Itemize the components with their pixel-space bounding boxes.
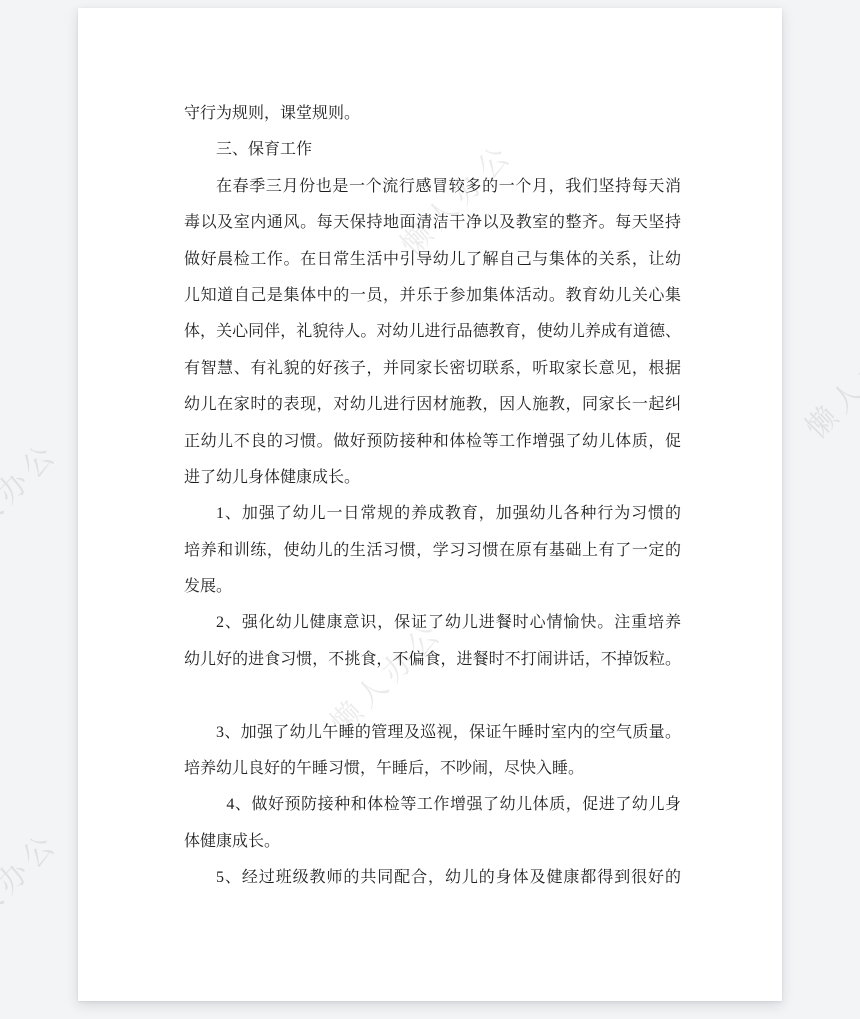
document-line: 正幼儿不良的习惯。做好预防接种和体检等工作增强了幼儿体质，促 [184, 424, 681, 460]
document-line: 体健康成长。 [184, 824, 681, 860]
document-line: 体，关心同伴，礼貌待人。对幼儿进行品德教育，使幼儿养成有道德、 [184, 314, 681, 350]
document-line: 幼儿在家时的表现，对幼儿进行因材施教，因人施教，同家长一起纠 [184, 387, 681, 423]
document-line: 做好晨检工作。在日常生活中引导幼儿了解自己与集体的关系，让幼 [184, 242, 681, 278]
document-line: 儿知道自己是集体中的一员，并乐于参加集体活动。教育幼儿关心集 [184, 278, 681, 314]
document-line [184, 678, 681, 714]
document-line: 在春季三月份也是一个流行感冒较多的一个月，我们坚持每天消 [184, 169, 681, 205]
document-line: 2、强化幼儿健康意识，保证了幼儿进餐时心情愉快。注重培养 [184, 605, 681, 641]
document-line: 培养和训练，使幼儿的生活习惯，学习习惯在原有基础上有了一定的 [184, 533, 681, 569]
preview-background: { "canvas": { "background_color": "#f3f4… [0, 0, 860, 1019]
watermark-text: 懒人办公 [0, 430, 66, 563]
document-line: 毒以及室内通风。每天保持地面清洁干净以及教室的整齐。每天坚持 [184, 205, 681, 241]
document-line: 发展。 [184, 569, 681, 605]
document-line: 4、做好预防接种和体检等工作增强了幼儿体质，促进了幼儿身 [184, 787, 681, 823]
document-line: 有智慧、有礼貌的好孩子，并同家长密切联系，听取家长意见，根据 [184, 351, 681, 387]
document-text: 守行为规则，课堂规则。三、保育工作在春季三月份也是一个流行感冒较多的一个月，我们… [184, 96, 681, 897]
document-page: 守行为规则，课堂规则。三、保育工作在春季三月份也是一个流行感冒较多的一个月，我们… [78, 8, 782, 1001]
watermark-text: 懒人办公 [794, 314, 860, 447]
document-line: 守行为规则，课堂规则。 [184, 96, 681, 132]
document-line: 三、保育工作 [184, 132, 681, 168]
document-line: 5、经过班级教师的共同配合，幼儿的身体及健康都得到很好的 [184, 860, 681, 896]
document-line: 1、加强了幼儿一日常规的养成教育，加强幼儿各种行为习惯的 [184, 496, 681, 532]
document-line: 幼儿好的进食习惯，不挑食，不偏食，进餐时不打闹讲话，不掉饭粒。 [184, 642, 681, 678]
document-line: 3、加强了幼儿午睡的管理及巡视，保证午睡时室内的空气质量。 [184, 715, 681, 751]
document-line: 进了幼儿身体健康成长。 [184, 460, 681, 496]
watermark-text: 懒人办公 [0, 820, 66, 953]
document-line: 培养幼儿良好的午睡习惯，午睡后，不吵闹，尽快入睡。 [184, 751, 681, 787]
